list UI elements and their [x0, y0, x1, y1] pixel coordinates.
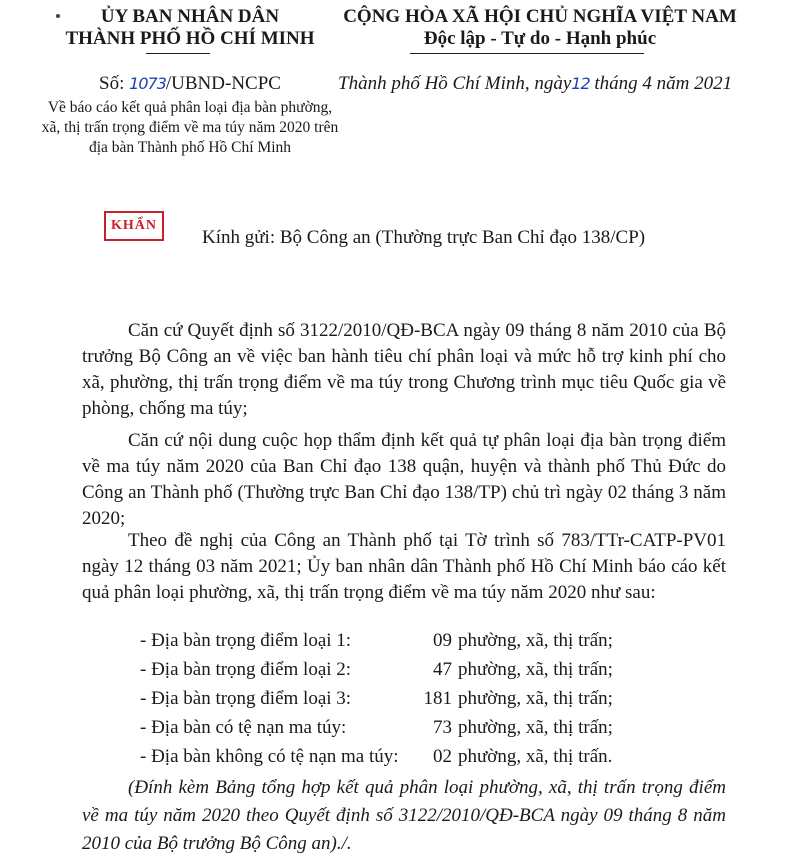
document-number: Số: 1073/UBND-NCPC: [40, 72, 340, 96]
list-item-unit: phường, xã, thị trấn;: [458, 684, 660, 713]
list-item-count: 09: [410, 626, 458, 655]
attachment-note: (Đính kèm Bảng tổng hợp kết quả phân loạ…: [82, 774, 726, 858]
motto-underline: [410, 53, 644, 54]
docno-suffix: /UBND-NCPC: [166, 73, 281, 94]
issuing-authority: ỦY BAN NHÂN DÂN THÀNH PHỐ HỒ CHÍ MINH: [40, 6, 340, 50]
paragraph-legal-basis: Căn cứ Quyết định số 3122/2010/QĐ-BCA ng…: [82, 318, 726, 422]
list-item-count: 47: [410, 655, 458, 684]
org-underline: [146, 53, 210, 54]
org-line-1: ỦY BAN NHÂN DÂN: [40, 6, 340, 28]
list-item-count: 181: [410, 684, 458, 713]
classification-list: - Địa bàn trọng điểm loại 1: 09 phường, …: [140, 626, 660, 771]
list-item-label: - Địa bàn không có tệ nạn ma túy:: [140, 742, 410, 771]
list-item-label: - Địa bàn trọng điểm loại 3:: [140, 684, 410, 713]
org-line-2: THÀNH PHỐ HỒ CHÍ MINH: [40, 28, 340, 50]
list-item-label: - Địa bàn trọng điểm loại 1:: [140, 626, 410, 655]
list-item: - Địa bàn trọng điểm loại 1: 09 phường, …: [140, 626, 660, 655]
national-motto: Độc lập - Tự do - Hạnh phúc: [330, 28, 750, 50]
list-item-unit: phường, xã, thị trấn;: [458, 713, 660, 742]
place-date-prefix: Thành phố Hồ Chí Minh, ngày: [338, 73, 571, 94]
list-item-count: 02: [410, 742, 458, 771]
paragraph-proposal: Theo đề nghị của Công an Thành phố tại T…: [82, 528, 726, 606]
recipient-line: Kính gửi: Bộ Công an (Thường trực Ban Ch…: [202, 226, 762, 250]
list-item: - Địa bàn có tệ nạn ma túy: 73 phường, x…: [140, 713, 660, 742]
list-item: - Địa bàn không có tệ nạn ma túy: 02 phư…: [140, 742, 660, 771]
list-item-label: - Địa bàn trọng điểm loại 2:: [140, 655, 410, 684]
document-subject: Về báo cáo kết quả phân loại địa bàn phư…: [40, 98, 340, 158]
urgent-stamp: KHẨN: [104, 211, 164, 241]
list-item-unit: phường, xã, thị trấn;: [458, 626, 660, 655]
place-date: Thành phố Hồ Chí Minh, ngày12 tháng 4 nă…: [338, 72, 758, 96]
list-item-label: - Địa bàn có tệ nạn ma túy:: [140, 713, 410, 742]
national-title: CỘNG HÒA XÃ HỘI CHỦ NGHĨA VIỆT NAM: [330, 6, 750, 28]
place-date-day: 12: [571, 74, 589, 93]
list-item-unit: phường, xã, thị trấn.: [458, 742, 660, 771]
list-item: - Địa bàn trọng điểm loại 2: 47 phường, …: [140, 655, 660, 684]
docno-prefix: Số:: [99, 73, 129, 94]
list-item-count: 73: [410, 713, 458, 742]
paragraph-meeting-basis: Căn cứ nội dung cuộc họp thẩm định kết q…: [82, 428, 726, 532]
place-date-suffix: tháng 4 năm 2021: [590, 73, 733, 94]
list-item-unit: phường, xã, thị trấn;: [458, 655, 660, 684]
docno-handwritten: 1073: [129, 74, 166, 93]
list-item: - Địa bàn trọng điểm loại 3: 181 phường,…: [140, 684, 660, 713]
